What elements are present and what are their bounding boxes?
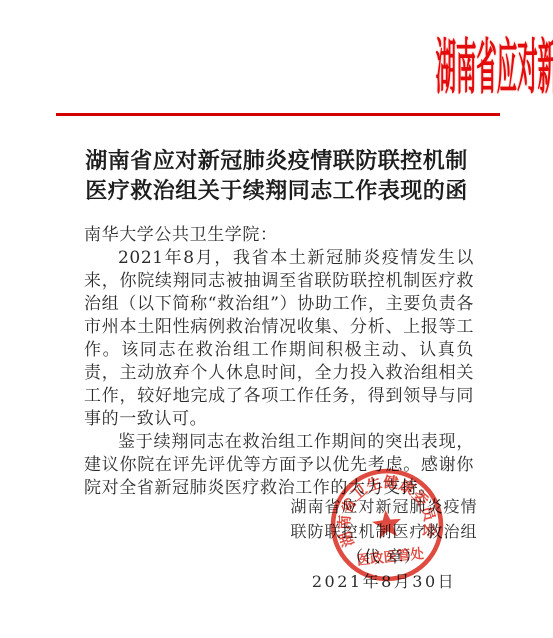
scanned-letter-page: 湖南省应对新冠肺炎疫情联防联控机制医疗救治组 湖南省应对新冠肺炎疫情联防联控机制… (0, 0, 553, 638)
seal-arc-text-holder: 湖南省卫生健康委员会 (330, 468, 441, 549)
letterhead-divider-rule (56, 113, 500, 116)
document-title: 湖南省应对新冠肺炎疫情联防联控机制 医疗救治组关于续翔同志工作表现的函 (0, 146, 553, 206)
seal-department-text: 医政医管处 (356, 545, 425, 569)
salutation: 南华大学公共卫生学院： (84, 224, 474, 247)
body-paragraph-1: 2021年8月，我省本土新冠肺炎疫情发生以来，你院续翔同志被抽调至省联防联控机制… (84, 247, 474, 431)
document-title-line2: 医疗救治组关于续翔同志工作表现的函 (0, 176, 553, 206)
official-seal-stamp: 湖南省卫生健康委员会 医政医管处 (323, 461, 450, 588)
letter-body: 南华大学公共卫生学院： 2021年8月，我省本土新冠肺炎疫情发生以来，你院续翔同… (84, 224, 474, 500)
seal-star-icon (371, 508, 403, 538)
letterhead-banner: 湖南省应对新冠肺炎疫情联防联控机制医疗救治组 (0, 36, 553, 100)
seal-arc-text: 湖南省卫生健康委员会 (330, 468, 441, 549)
letterhead-org-name: 湖南省应对新冠肺炎疫情联防联控机制医疗救治组 (436, 36, 553, 100)
document-title-line1: 湖南省应对新冠肺炎疫情联防联控机制 (0, 146, 553, 176)
